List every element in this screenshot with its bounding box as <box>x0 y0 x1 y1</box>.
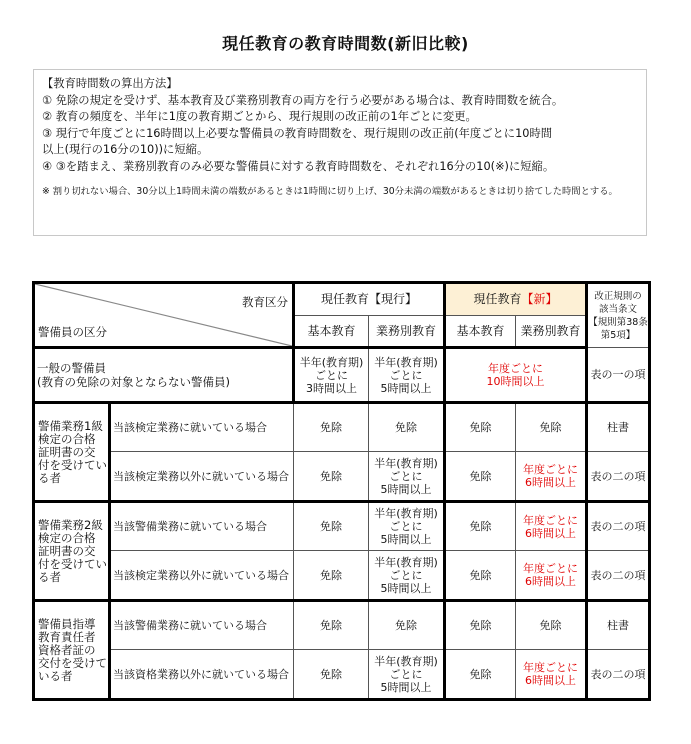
current-basic-header: 基本教育 <box>294 316 369 348</box>
table-row: 当該検定業務以外に就いている場合 免除 半年(教育期)ごとに5時間以上 免除 年… <box>34 551 650 601</box>
cur-business-cell: 免除 <box>369 601 445 650</box>
condition-cell: 当該検定業務に就いている場合 <box>110 403 294 452</box>
cur-basic-cell: 免除 <box>294 551 369 601</box>
condition-cell: 当該警備業務に就いている場合 <box>110 502 294 551</box>
current-business-header: 業務別教育 <box>369 316 445 348</box>
new-basic-cell: 免除 <box>445 502 516 551</box>
general-new-merged: 年度ごとに10時間以上 <box>445 348 587 403</box>
table-row: 警備業務1級検定の合格証明書の交付を受けている者 当該検定業務に就いている場合 … <box>34 403 650 452</box>
general-current-business: 半年(教育期)ごとに5時間以上 <box>369 348 445 403</box>
new-basic-cell: 免除 <box>445 551 516 601</box>
condition-cell: 当該資格業務以外に就いている場合 <box>110 650 294 700</box>
group-label-level1: 警備業務1級検定の合格証明書の交付を受けている者 <box>34 403 110 502</box>
method-item-2: ② 教育の頻度を、半年に1度の教育期ごとから、現行規則の改正前の1年ごとに変更。 <box>42 109 638 126</box>
article-cell: 表の二の項 <box>587 551 650 601</box>
general-guard-label: 一般の警備員(教育の免除の対象とならない警備員) <box>34 348 294 403</box>
new-business-cell: 年度ごとに6時間以上 <box>516 551 587 601</box>
calculation-method-heading: 【教育時間数の算出方法】 <box>42 76 638 93</box>
table-row: 当該検定業務以外に就いている場合 免除 半年(教育期)ごとに5時間以上 免除 年… <box>34 452 650 502</box>
new-basic-cell: 免除 <box>445 403 516 452</box>
condition-cell: 当該警備業務に就いている場合 <box>110 601 294 650</box>
guard-category-label: 警備員の区分 <box>38 326 107 339</box>
new-basic-cell: 免除 <box>445 452 516 502</box>
cur-basic-cell: 免除 <box>294 502 369 551</box>
new-business-header: 業務別教育 <box>516 316 587 348</box>
article-cell: 表の二の項 <box>587 452 650 502</box>
cur-business-cell: 半年(教育期)ごとに5時間以上 <box>369 452 445 502</box>
rounding-note: ※ 割り切れない場合、30分以上1時間未満の端数があるときは1時間に切り上げ、3… <box>42 185 638 199</box>
cur-business-cell: 半年(教育期)ごとに5時間以上 <box>369 502 445 551</box>
article-cell: 表の二の項 <box>587 650 650 700</box>
corner-header-cell: 教育区分 警備員の区分 <box>34 283 294 348</box>
table-row: 当該資格業務以外に就いている場合 免除 半年(教育期)ごとに5時間以上 免除 年… <box>34 650 650 700</box>
method-item-3-line2: 以上(現行の16分の10))に短縮。 <box>42 142 638 159</box>
new-business-cell: 年度ごとに6時間以上 <box>516 452 587 502</box>
cur-basic-cell: 免除 <box>294 403 369 452</box>
general-guard-row: 一般の警備員(教育の免除の対象とならない警備員) 半年(教育期)ごとに3時間以上… <box>34 348 650 403</box>
new-business-cell: 免除 <box>516 601 587 650</box>
new-business-cell: 年度ごとに6時間以上 <box>516 650 587 700</box>
cur-business-cell: 免除 <box>369 403 445 452</box>
general-article: 表の一の項 <box>587 348 650 403</box>
cur-basic-cell: 免除 <box>294 601 369 650</box>
current-education-header: 現任教育【現行】 <box>294 283 445 316</box>
comparison-table: 教育区分 警備員の区分 現任教育【現行】 現任教育【新】 改正規則の該当条文【規… <box>32 281 651 701</box>
table-row: 警備員指導教育責任者資格者証の交付を受けている者 当該警備業務に就いている場合 … <box>34 601 650 650</box>
new-basic-header: 基本教育 <box>445 316 516 348</box>
new-basic-cell: 免除 <box>445 650 516 700</box>
table-row: 警備業務2級検定の合格証明書の交付を受けている者 当該警備業務に就いている場合 … <box>34 502 650 551</box>
new-business-cell: 年度ごとに6時間以上 <box>516 502 587 551</box>
article-header: 改正規則の該当条文【規則第38条第5項】 <box>587 283 650 348</box>
method-item-4: ④ ③を踏まえ、業務別教育のみ必要な警備員に対する教育時間数を、それぞれ16分の… <box>42 159 638 176</box>
new-basic-cell: 免除 <box>445 601 516 650</box>
cur-business-cell: 半年(教育期)ごとに5時間以上 <box>369 650 445 700</box>
calculation-method-box: 【教育時間数の算出方法】 ① 免除の規定を受けず、基本教育及び業務別教育の両方を… <box>33 69 647 236</box>
condition-cell: 当該検定業務以外に就いている場合 <box>110 452 294 502</box>
article-cell: 柱書 <box>587 601 650 650</box>
education-category-label: 教育区分 <box>242 296 288 309</box>
article-cell: 表の二の項 <box>587 502 650 551</box>
cur-basic-cell: 免除 <box>294 452 369 502</box>
group-label-instructor: 警備員指導教育責任者資格者証の交付を受けている者 <box>34 601 110 700</box>
general-current-basic: 半年(教育期)ごとに3時間以上 <box>294 348 369 403</box>
condition-cell: 当該検定業務以外に就いている場合 <box>110 551 294 601</box>
cur-basic-cell: 免除 <box>294 650 369 700</box>
new-business-cell: 免除 <box>516 403 587 452</box>
article-cell: 柱書 <box>587 403 650 452</box>
group-label-level2: 警備業務2級検定の合格証明書の交付を受けている者 <box>34 502 110 601</box>
method-item-3-line1: ③ 現行で年度ごとに16時間以上必要な警備員の教育時間数を、現行規則の改正前(年… <box>42 126 638 143</box>
page-title: 現任教育の教育時間数(新旧比較) <box>0 31 691 54</box>
cur-business-cell: 半年(教育期)ごとに5時間以上 <box>369 551 445 601</box>
method-item-1: ① 免除の規定を受けず、基本教育及び業務別教育の両方を行う必要がある場合は、教育… <box>42 93 638 110</box>
new-education-header: 現任教育【新】 <box>445 283 587 316</box>
